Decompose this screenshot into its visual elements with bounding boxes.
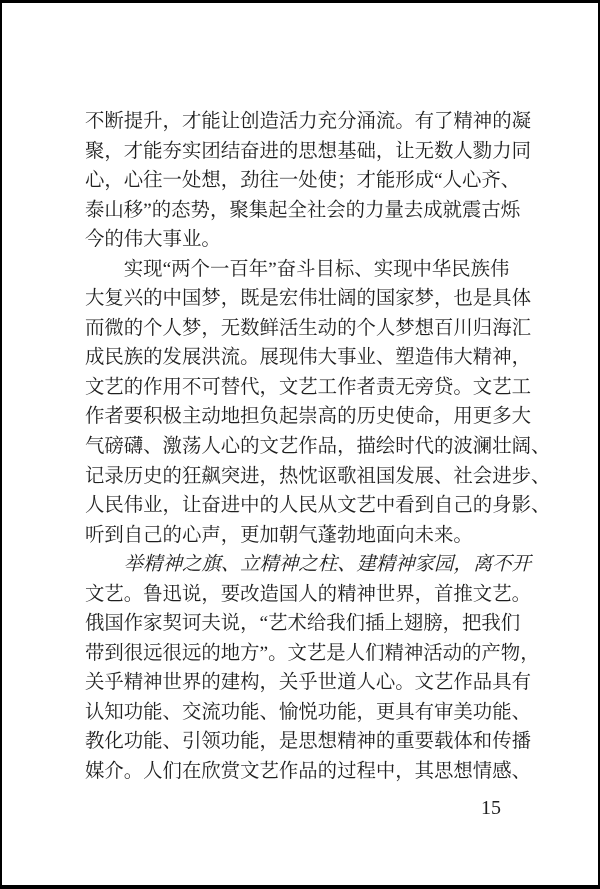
text-line: 记录历史的狂飙突进，热忱讴歌祖国发展、社会进步、 — [85, 462, 531, 492]
text-line: 媒介。人们在欣赏文艺作品的过程中，其思想情感、 — [85, 757, 531, 787]
paragraph: 实现“两个一百年”奋斗目标、实现中华民族伟大复兴的中国梦，既是宏伟壮阔的国家梦，… — [85, 255, 531, 550]
page-number: 15 — [481, 798, 501, 818]
text-line: 而微的个人梦，无数鲜活生动的个人梦想百川归海汇 — [85, 314, 531, 344]
paragraph: 举精神之旗、立精神之柱、建精神家园，离不开文艺。鲁迅说，要改造国人的精神世界，首… — [85, 550, 531, 786]
text-line: 带到很远很远的地方”。文艺是人们精神活动的产物， — [85, 639, 531, 669]
text-line: 大复兴的中国梦，既是宏伟壮阔的国家梦，也是具体 — [85, 284, 531, 314]
text-line: 文艺的作用不可替代，文艺工作者责无旁贷。文艺工 — [85, 373, 531, 403]
text-line: 聚，才能夯实团结奋进的思想基础，让无数人勠力同 — [85, 137, 531, 167]
text-line: 听到自己的心声，更加朝气蓬勃地面向未来。 — [85, 521, 531, 551]
text-line: 人民伟业，让奋进中的人民从文艺中看到自己的身影、 — [85, 491, 531, 521]
body-text: 不断提升，才能让创造活力充分涌流。有了精神的凝聚，才能夯实团结奋进的思想基础，让… — [85, 107, 531, 787]
text-line: 实现“两个一百年”奋斗目标、实现中华民族伟 — [85, 255, 531, 285]
text-line: 泰山移”的态势，聚集起全社会的力量去成就震古烁 — [85, 196, 531, 226]
text-line: 不断提升，才能让创造活力充分涌流。有了精神的凝 — [85, 107, 531, 137]
text-line: 文艺。鲁迅说，要改造国人的精神世界，首推文艺。 — [85, 580, 531, 610]
text-line: 作者要积极主动地担负起崇高的历史使命，用更多大 — [85, 402, 531, 432]
text-line: 关乎精神世界的建构，关乎世道人心。文艺作品具有 — [85, 668, 531, 698]
text-line: 成民族的发展洪流。展现伟大事业、塑造伟大精神， — [85, 343, 531, 373]
text-line: 俄国作家契诃夫说，“艺术给我们插上翅膀，把我们 — [85, 609, 531, 639]
text-line: 教化功能、引领功能，是思想精神的重要载体和传播 — [85, 727, 531, 757]
text-line: 心，心往一处想，劲往一处使；才能形成“人心齐、 — [85, 166, 531, 196]
book-page: 不断提升，才能让创造活力充分涌流。有了精神的凝聚，才能夯实团结奋进的思想基础，让… — [0, 0, 600, 889]
text-line: 气磅礴、激荡人心的文艺作品，描绘时代的波澜壮阔、 — [85, 432, 531, 462]
paragraph: 不断提升，才能让创造活力充分涌流。有了精神的凝聚，才能夯实团结奋进的思想基础，让… — [85, 107, 531, 255]
text-line: 认知功能、交流功能、愉悦功能，更具有审美功能、 — [85, 698, 531, 728]
text-line: 今的伟大事业。 — [85, 225, 531, 255]
quote-line: 举精神之旗、立精神之柱、建精神家园，离不开 — [85, 550, 531, 580]
